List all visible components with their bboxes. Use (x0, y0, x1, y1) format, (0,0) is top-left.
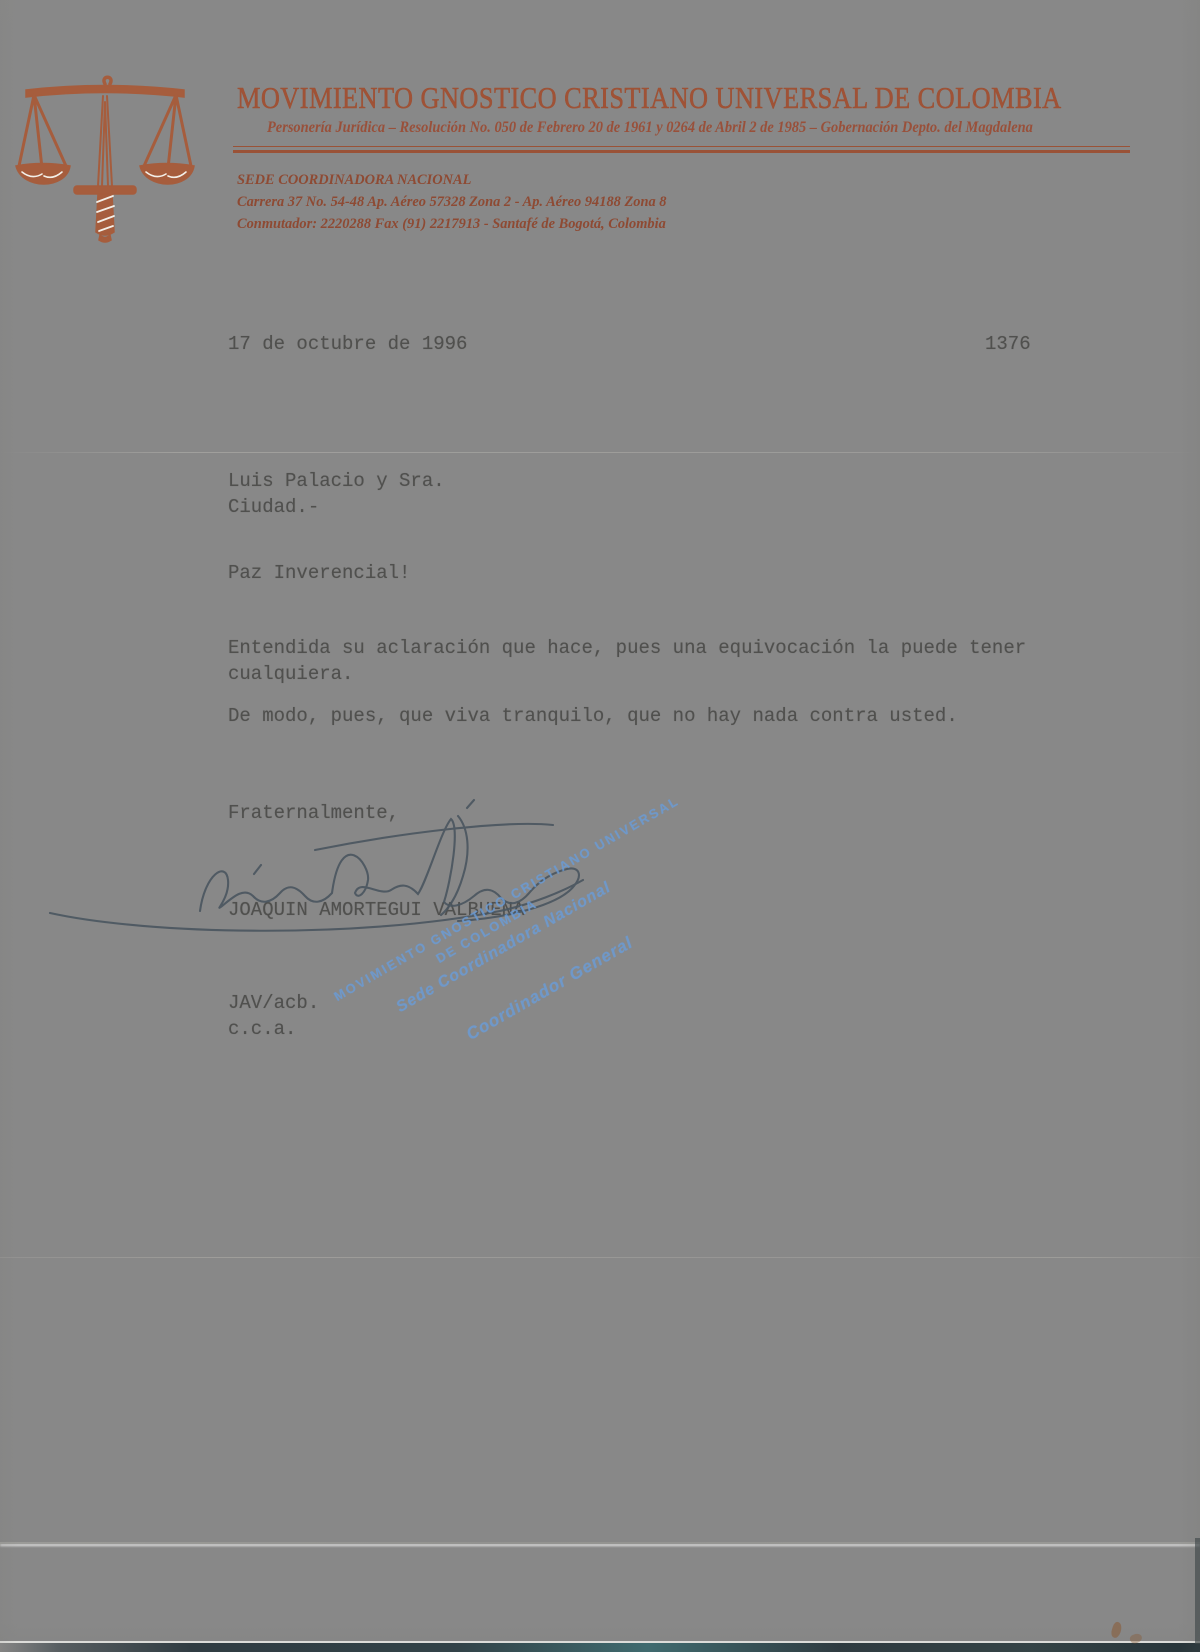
address-line: Carrera 37 No. 54-48 Ap. Aéreo 57328 Zon… (237, 191, 666, 213)
body-paragraph1-line1: Entendida su aclaración que hace, pues u… (228, 635, 1026, 661)
paper-fold-line (0, 1542, 1200, 1544)
registration-line: Personería Jurídica – Resolución No. 050… (267, 119, 1033, 137)
paper-fold-line (0, 1257, 1200, 1258)
typist-initials: JAV/acb. (228, 990, 319, 1016)
org-name-title: MOVIMIENTO GNOSTICO CRISTIANO UNIVERSAL … (237, 80, 1062, 116)
recipient-city: Ciudad.- (228, 494, 319, 520)
scan-bottom-edge (0, 1643, 1200, 1652)
handwritten-signature (30, 770, 690, 970)
paper-fold-line (0, 452, 1200, 453)
body-paragraph1-line2: cualquiera. (228, 661, 353, 687)
scan-right-edge-shadow (1195, 1538, 1200, 1644)
recipient-name: Luis Palacio y Sra. (228, 468, 445, 494)
salutation: Paz Inverencial! (228, 560, 410, 586)
scanned-letter-page: MOVIMIENTO GNOSTICO CRISTIANO UNIVERSAL … (0, 0, 1200, 1652)
office-title: SEDE COORDINADORA NACIONAL (237, 169, 666, 191)
letterhead-divider-rule (233, 146, 1130, 153)
dust-speck (1110, 1621, 1124, 1639)
address-line: Conmutador: 2220288 Fax (91) 2217913 - S… (237, 213, 666, 235)
reference-number: 1376 (985, 331, 1031, 357)
cc-line: c.c.a. (228, 1016, 296, 1042)
body-paragraph2: De modo, pues, que viva tranquilo, que n… (228, 703, 958, 729)
scales-of-justice-logo-icon (14, 68, 196, 260)
date-line: 17 de octubre de 1996 (228, 331, 467, 357)
letterhead-address-block: SEDE COORDINADORA NACIONAL Carrera 37 No… (237, 169, 666, 235)
